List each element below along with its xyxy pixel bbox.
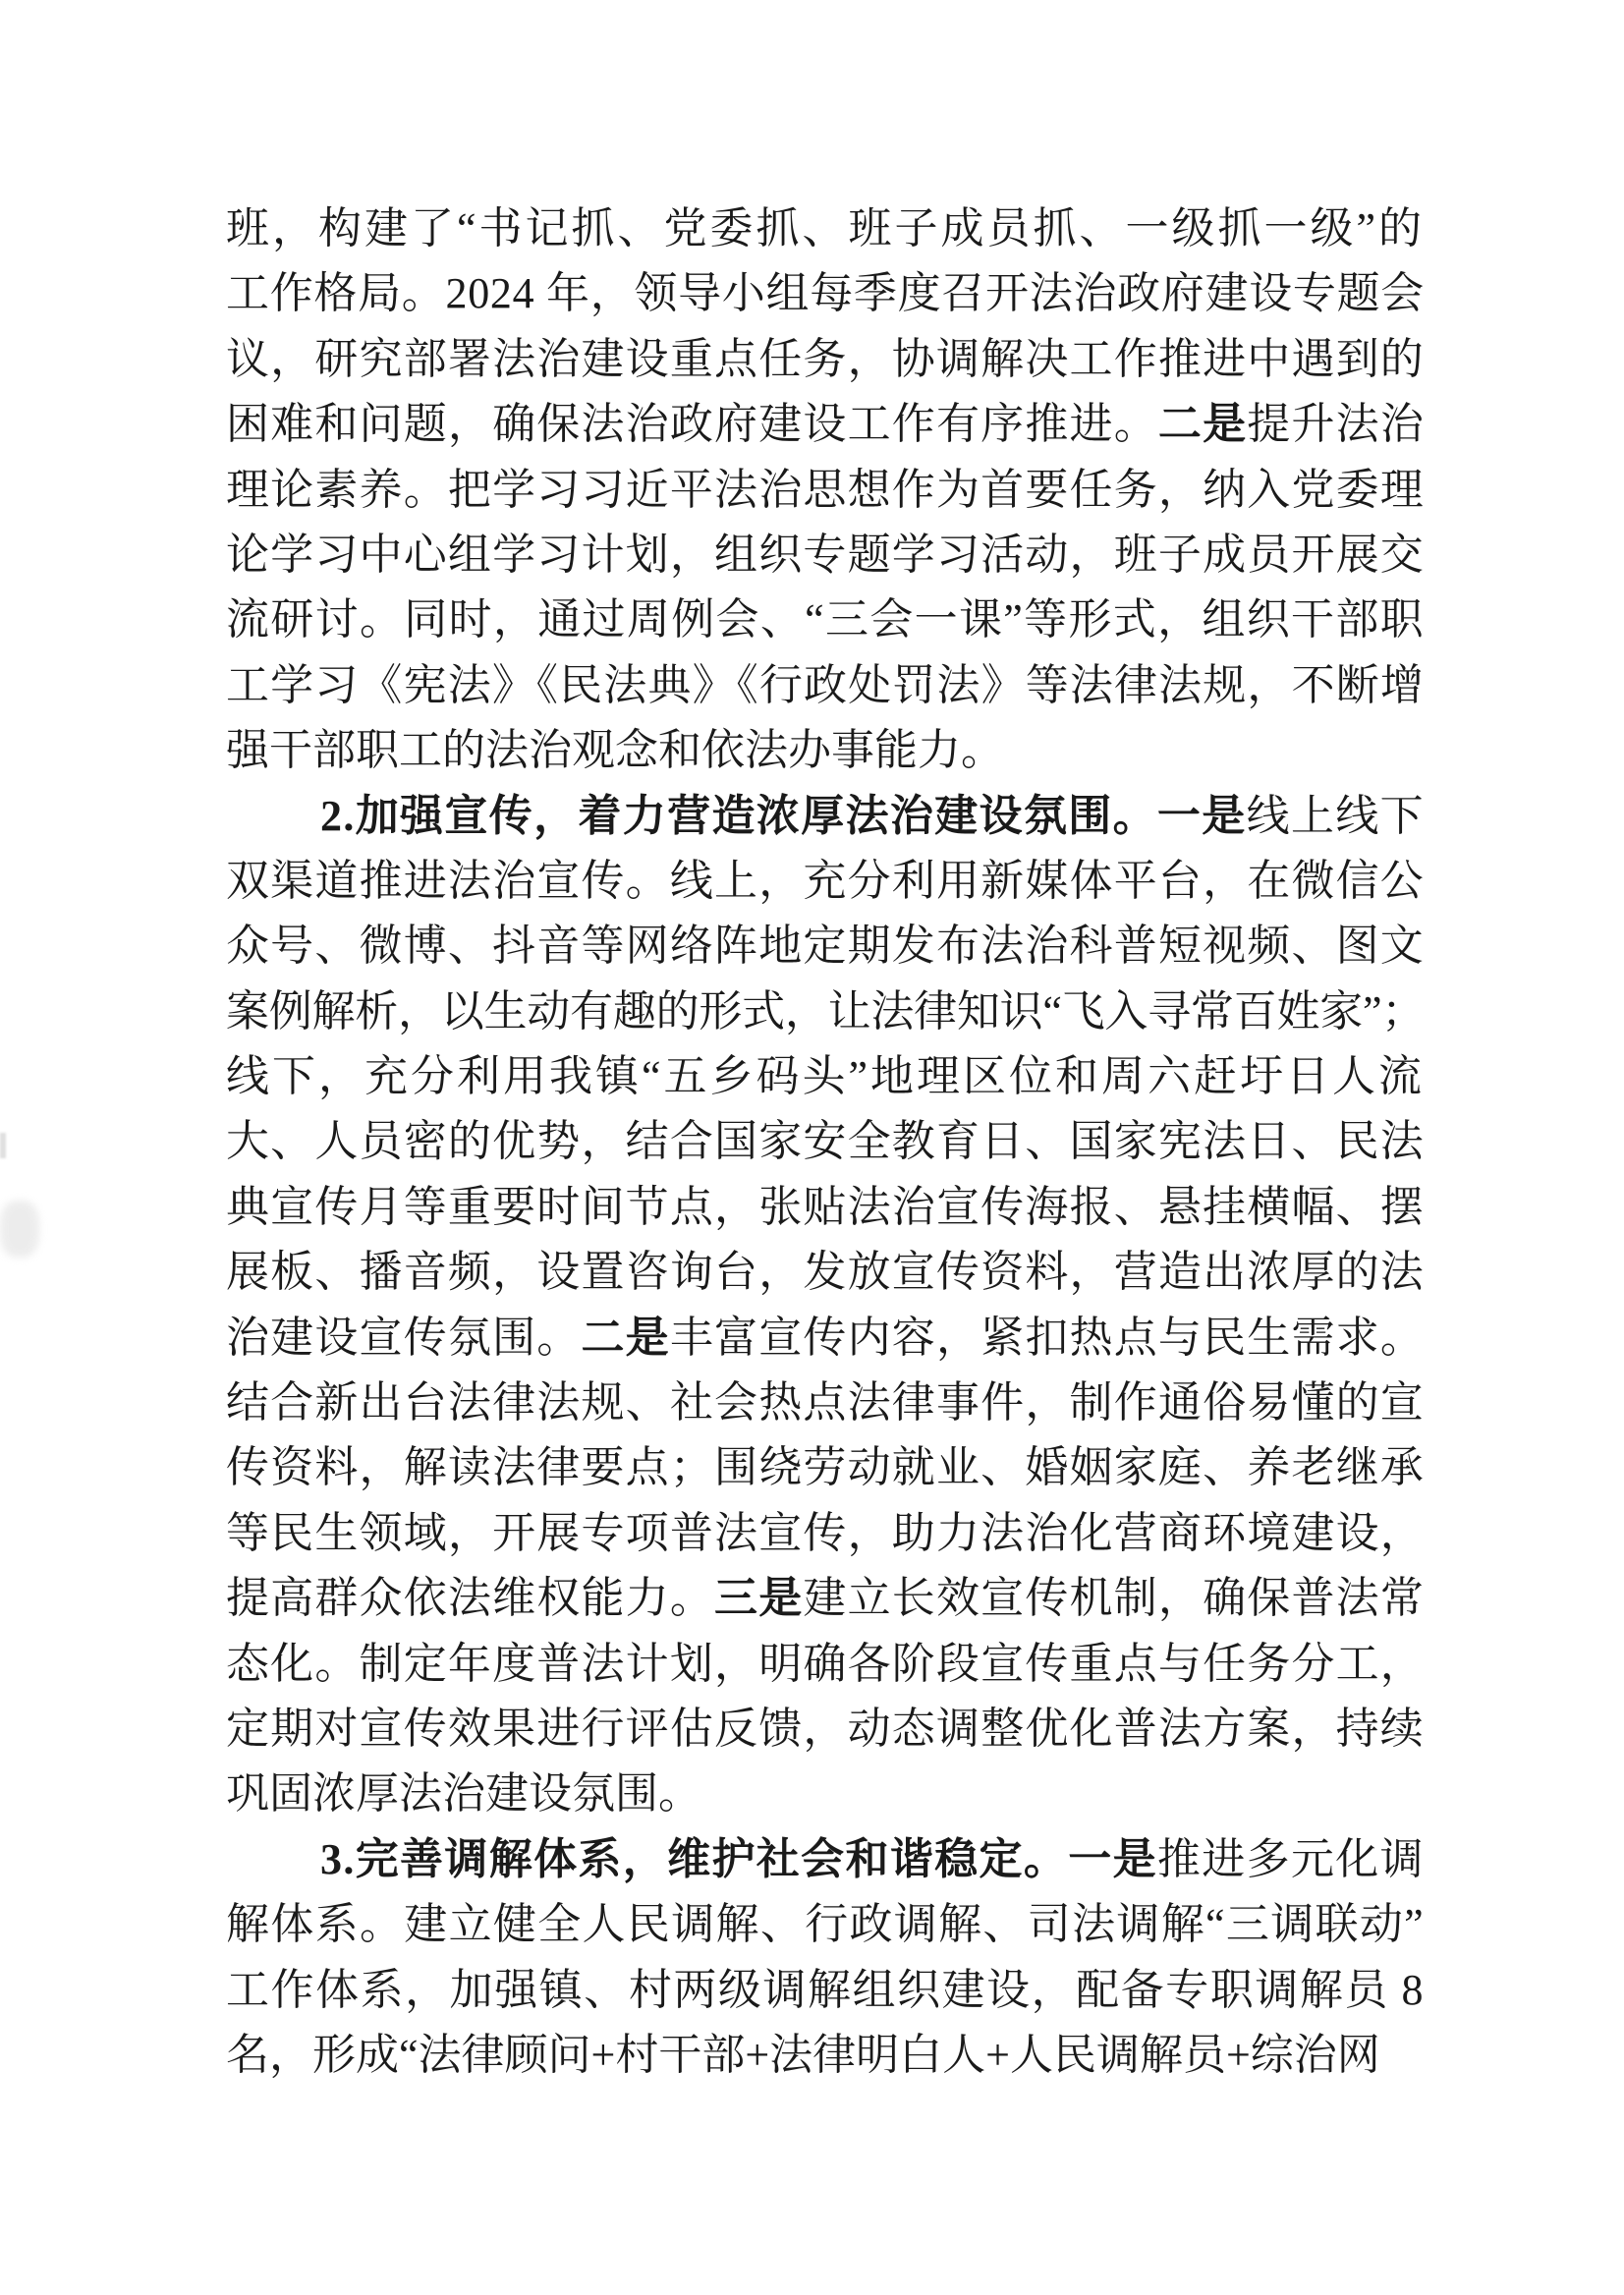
scan-artifact	[0, 1201, 39, 1258]
bold-text-run: 3.完善调解体系，维护社会和谐稳定。一是	[320, 1835, 1157, 1883]
text-line: 班，构建了“书记抓、党委抓、班子成员抓、一级抓一级”的	[226, 196, 1425, 261]
text-run: 工作体系，加强镇、村两级调解组织建设，配备专职调解员 8	[226, 1966, 1425, 2014]
text-line: 议，研究部署法治建设重点任务，协调解决工作推进中遇到的	[226, 327, 1425, 392]
document-page: 班，构建了“书记抓、党委抓、班子成员抓、一级抓一级”的工作格局。2024 年，领…	[0, 0, 1624, 2295]
text-line: 工作格局。2024 年，领导小组每季度召开法治政府建设专题会	[226, 261, 1425, 326]
text-line-content: 众号、微博、抖音等网络阵地定期发布法治科普短视频、图文	[226, 922, 1425, 970]
bold-text-run: 二是	[1158, 400, 1247, 448]
text-run: 推进多元化调	[1157, 1835, 1425, 1883]
text-line-content: 困难和问题，确保法治政府建设工作有序推进。二是提升法治	[226, 400, 1425, 448]
text-line-content: 3.完善调解体系，维护社会和谐稳定。一是推进多元化调	[320, 1835, 1425, 1883]
text-line-content: 提高群众依法维权能力。三是建立长效宣传机制，确保普法常	[226, 1574, 1425, 1622]
text-line-content: 理论素养。把学习习近平法治思想作为首要任务，纳入党委理	[226, 466, 1425, 514]
text-line-content: 工学习《宪法》《民法典》《行政处罚法》等法律法规，不断增	[226, 661, 1425, 709]
text-run: 传资料，解读法律要点；围绕劳动就业、婚姻家庭、养老继承	[226, 1443, 1425, 1491]
text-line: 典宣传月等重要时间节点，张贴法治宣传海报、悬挂横幅、摆	[226, 1175, 1425, 1240]
text-block: 班，构建了“书记抓、党委抓、班子成员抓、一级抓一级”的工作格局。2024 年，领…	[226, 196, 1425, 2088]
text-line-content: 强干部职工的法治观念和依法办事能力。	[226, 726, 1004, 774]
text-line: 工作体系，加强镇、村两级调解组织建设，配备专职调解员 8	[226, 1958, 1425, 2023]
text-run: 等民生领域，开展专项普法宣传，助力法治化营商环境建设，	[226, 1509, 1425, 1557]
bold-text-run: 三是	[714, 1574, 803, 1622]
text-line: 强干部职工的法治观念和依法办事能力。	[226, 718, 1425, 783]
text-line-content: 2.加强宣传，着力营造浓厚法治建设氛围。一是线上线下	[320, 792, 1425, 840]
text-line: 提高群众依法维权能力。三是建立长效宣传机制，确保普法常	[226, 1566, 1425, 1631]
text-line-content: 定期对宣传效果进行评估反馈，动态调整优化普法方案，持续	[226, 1705, 1425, 1753]
text-line-content: 工作格局。2024 年，领导小组每季度召开法治政府建设专题会	[226, 269, 1425, 317]
text-line-content: 展板、播音频，设置咨询台，发放宣传资料，营造出浓厚的法	[226, 1248, 1425, 1296]
text-line: 大、人员密的优势，结合国家安全教育日、国家宪法日、民法	[226, 1109, 1425, 1174]
text-line-content: 典宣传月等重要时间节点，张贴法治宣传海报、悬挂横幅、摆	[226, 1183, 1425, 1231]
text-line: 理论素养。把学习习近平法治思想作为首要任务，纳入党委理	[226, 458, 1425, 523]
text-line-content: 案例解析，以生动有趣的形式，让法律知识“飞入寻常百姓家”；	[226, 987, 1425, 1036]
text-line-content: 议，研究部署法治建设重点任务，协调解决工作推进中遇到的	[226, 335, 1425, 383]
text-line: 论学习中心组学习计划，组织专题学习活动，班子成员开展交	[226, 523, 1425, 588]
text-run: 议，研究部署法治建设重点任务，协调解决工作推进中遇到的	[226, 335, 1425, 383]
text-line-content: 工作体系，加强镇、村两级调解组织建设，配备专职调解员 8	[226, 1966, 1425, 2014]
text-line-content: 班，构建了“书记抓、党委抓、班子成员抓、一级抓一级”的	[226, 204, 1425, 252]
text-run: 双渠道推进法治宣传。线上，充分利用新媒体平台，在微信公	[226, 857, 1425, 905]
text-run: 提高群众依法维权能力。	[226, 1574, 714, 1622]
text-line: 定期对宣传效果进行评估反馈，动态调整优化普法方案，持续	[226, 1697, 1425, 1762]
scan-artifact	[0, 1133, 6, 1158]
text-run: 强干部职工的法治观念和依法办事能力。	[226, 726, 1004, 774]
text-line-content: 解体系。建立健全人民调解、行政调解、司法调解“三调联动”	[226, 1900, 1425, 1948]
text-line-content: 线下，充分利用我镇“五乡码头”地理区位和周六赶圩日人流	[226, 1052, 1425, 1100]
text-run: 案例解析，以生动有趣的形式，让法律知识“飞入寻常百姓家”；	[226, 987, 1425, 1036]
text-run: 线上线下	[1247, 792, 1425, 840]
text-line: 困难和问题，确保法治政府建设工作有序推进。二是提升法治	[226, 392, 1425, 457]
text-line-content: 流研讨。同时，通过周例会、“三会一课”等形式，组织干部职	[226, 595, 1425, 644]
text-line: 3.完善调解体系，维护社会和谐稳定。一是推进多元化调	[226, 1827, 1425, 1892]
bold-text-run: 2.加强宣传，着力营造浓厚法治建设氛围。一是	[320, 792, 1247, 840]
text-line-content: 传资料，解读法律要点；围绕劳动就业、婚姻家庭、养老继承	[226, 1443, 1425, 1491]
text-line-content: 结合新出台法律法规、社会热点法律事件，制作通俗易懂的宣	[226, 1378, 1425, 1427]
text-line: 等民生领域，开展专项普法宣传，助力法治化营商环境建设，	[226, 1501, 1425, 1566]
text-line: 双渠道推进法治宣传。线上，充分利用新媒体平台，在微信公	[226, 849, 1425, 914]
text-line-content: 态化。制定年度普法计划，明确各阶段宣传重点与任务分工，	[226, 1640, 1425, 1688]
text-line: 流研讨。同时，通过周例会、“三会一课”等形式，组织干部职	[226, 588, 1425, 652]
text-run: 态化。制定年度普法计划，明确各阶段宣传重点与任务分工，	[226, 1640, 1425, 1688]
text-run: 班，构建了“书记抓、党委抓、班子成员抓、一级抓一级”的	[226, 204, 1425, 252]
text-line: 众号、微博、抖音等网络阵地定期发布法治科普短视频、图文	[226, 914, 1425, 979]
text-run: 定期对宣传效果进行评估反馈，动态调整优化普法方案，持续	[226, 1705, 1425, 1753]
text-run: 工作格局。2024 年，领导小组每季度召开法治政府建设专题会	[226, 269, 1425, 317]
text-run: 巩固浓厚法治建设氛围。	[226, 1769, 701, 1818]
text-line: 治建设宣传氛围。二是丰富宣传内容，紧扣热点与民生需求。	[226, 1306, 1425, 1371]
text-run: 典宣传月等重要时间节点，张贴法治宣传海报、悬挂横幅、摆	[226, 1183, 1425, 1231]
text-line-content: 大、人员密的优势，结合国家安全教育日、国家宪法日、民法	[226, 1117, 1425, 1165]
text-run: 大、人员密的优势，结合国家安全教育日、国家宪法日、民法	[226, 1117, 1425, 1165]
text-run: 论学习中心组学习计划，组织专题学习活动，班子成员开展交	[226, 531, 1425, 579]
text-line: 传资料，解读法律要点；围绕劳动就业、婚姻家庭、养老继承	[226, 1435, 1425, 1500]
text-line-content: 双渠道推进法治宣传。线上，充分利用新媒体平台，在微信公	[226, 857, 1425, 905]
text-line-content: 论学习中心组学习计划，组织专题学习活动，班子成员开展交	[226, 531, 1425, 579]
text-run: 建立长效宣传机制，确保普法常	[803, 1574, 1425, 1622]
text-run: 流研讨。同时，通过周例会、“三会一课”等形式，组织干部职	[226, 595, 1425, 644]
text-run: 展板、播音频，设置咨询台，发放宣传资料，营造出浓厚的法	[226, 1248, 1425, 1296]
text-line-content: 治建设宣传氛围。二是丰富宣传内容，紧扣热点与民生需求。	[226, 1314, 1425, 1362]
text-run: 丰富宣传内容，紧扣热点与民生需求。	[670, 1314, 1425, 1362]
text-line-content: 巩固浓厚法治建设氛围。	[226, 1769, 701, 1818]
text-line: 案例解析，以生动有趣的形式，让法律知识“飞入寻常百姓家”；	[226, 980, 1425, 1044]
text-run: 提升法治	[1247, 400, 1425, 448]
text-run: 结合新出台法律法规、社会热点法律事件，制作通俗易懂的宣	[226, 1378, 1425, 1427]
text-line: 态化。制定年度普法计划，明确各阶段宣传重点与任务分工，	[226, 1632, 1425, 1697]
text-run: 治建设宣传氛围。	[226, 1314, 581, 1362]
text-line: 解体系。建立健全人民调解、行政调解、司法调解“三调联动”	[226, 1892, 1425, 1957]
text-line: 线下，充分利用我镇“五乡码头”地理区位和周六赶圩日人流	[226, 1044, 1425, 1109]
text-run: 线下，充分利用我镇“五乡码头”地理区位和周六赶圩日人流	[226, 1052, 1425, 1100]
text-line: 巩固浓厚法治建设氛围。	[226, 1762, 1425, 1826]
text-run: 众号、微博、抖音等网络阵地定期发布法治科普短视频、图文	[226, 922, 1425, 970]
text-line: 2.加强宣传，着力营造浓厚法治建设氛围。一是线上线下	[226, 784, 1425, 849]
text-run: 解体系。建立健全人民调解、行政调解、司法调解“三调联动”	[226, 1900, 1425, 1948]
text-line: 工学习《宪法》《民法典》《行政处罚法》等法律法规，不断增	[226, 653, 1425, 718]
text-line-content: 等民生领域，开展专项普法宣传，助力法治化营商环境建设，	[226, 1509, 1425, 1557]
text-run: 困难和问题，确保法治政府建设工作有序推进。	[226, 400, 1158, 448]
text-run: 理论素养。把学习习近平法治思想作为首要任务，纳入党委理	[226, 466, 1425, 514]
text-run: 名，形成“法律顾问+村干部+法律明白人+人民调解员+综治网	[226, 2031, 1380, 2079]
text-line: 结合新出台法律法规、社会热点法律事件，制作通俗易懂的宣	[226, 1371, 1425, 1435]
text-run: 工学习《宪法》《民法典》《行政处罚法》等法律法规，不断增	[226, 661, 1425, 709]
text-line-content: 名，形成“法律顾问+村干部+法律明白人+人民调解员+综治网	[226, 2031, 1380, 2079]
bold-text-run: 二是	[581, 1314, 669, 1362]
text-line: 展板、播音频，设置咨询台，发放宣传资料，营造出浓厚的法	[226, 1240, 1425, 1305]
text-line: 名，形成“法律顾问+村干部+法律明白人+人民调解员+综治网	[226, 2023, 1425, 2088]
